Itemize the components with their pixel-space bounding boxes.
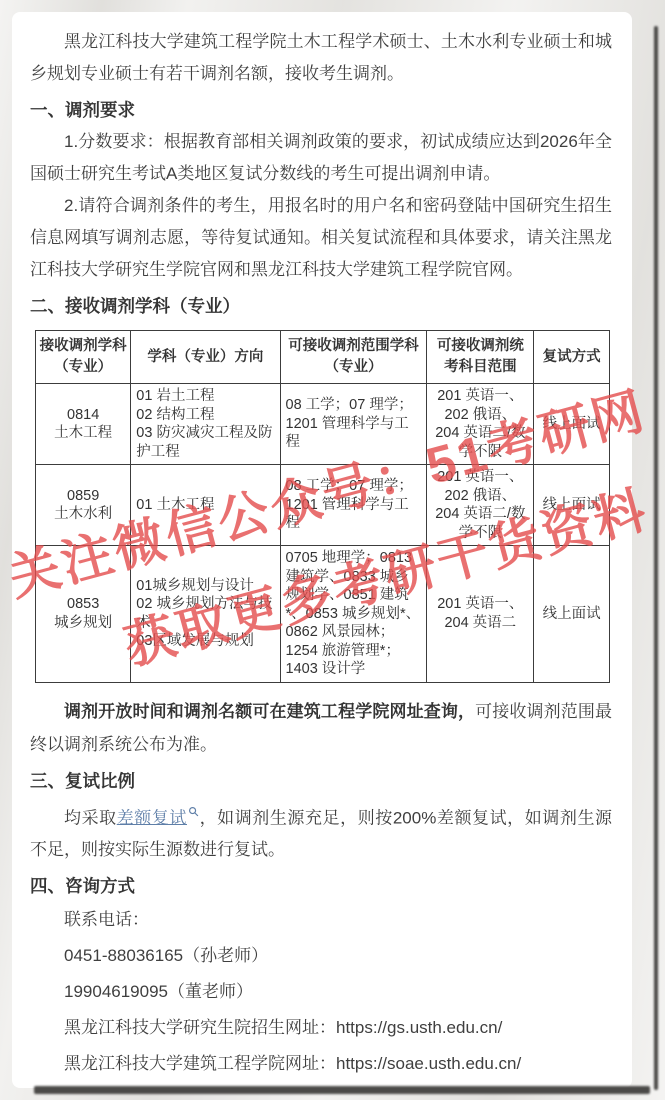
cell-mode: 线上面试 (534, 465, 610, 546)
contact-label: 联系电话： (30, 902, 612, 938)
section4-title: 四、咨询方式 (30, 870, 612, 902)
table-note: 调剂开放时间和调剂名额可在建筑工程学院网址查询，可接收调剂范围最终以调剂系统公布… (30, 695, 612, 761)
page-background: 黑龙江科技大学建筑工程学院土木工程学术硕士、土木水利专业硕士和城乡规划专业硕士有… (0, 0, 665, 1100)
table-note-bold: 调剂开放时间和调剂名额可在建筑工程学院网址查询， (64, 702, 475, 721)
header-mode: 复试方式 (534, 331, 610, 384)
cell-directions: 01 土木工程 (131, 465, 280, 546)
cell-mode: 线上面试 (534, 384, 610, 465)
contact-url-college: 黑龙江科技大学建筑工程学院网址：https://soae.usth.edu.cn… (30, 1046, 612, 1082)
contact-phone-1: 0451-88036165（孙老师） (30, 938, 612, 974)
header-subjects: 可接收调剂统考科目范围 (427, 331, 534, 384)
cell-subjects: 201 英语一、202 俄语、204 英语二/数学不限 (427, 465, 534, 546)
table-header-row: 接收调剂学科（专业） 学科（专业）方向 可接收调剂范围学科（专业） 可接收调剂统… (36, 331, 610, 384)
cell-directions: 01城乡规划与设计 02 城乡规划方法与技术 03区域发展与规划 (131, 546, 280, 683)
section3-paragraph: 均采取差额复试，如调剂生源充足，则按200%差额复试，如调剂生源不足，则按实际生… (30, 797, 612, 867)
page-edge-shadow-right (654, 26, 658, 1090)
adjustment-table-wrapper: 接收调剂学科（专业） 学科（专业）方向 可接收调剂范围学科（专业） 可接收调剂统… (35, 330, 610, 683)
table-row: 0853 城乡规划 01城乡规划与设计 02 城乡规划方法与技术 03区域发展与… (36, 546, 610, 683)
header-major: 接收调剂学科（专业） (36, 331, 131, 384)
search-icon[interactable] (188, 805, 199, 821)
cell-scope: 08 工学；07 理学；1201 管理科学与工程 (280, 384, 427, 465)
cell-mode: 线上面试 (534, 546, 610, 683)
contact-phone-2: 19904619095（董老师） (30, 974, 612, 1010)
table-row: 0814 土木工程 01 岩土工程 02 结构工程 03 防灾减灾工程及防护工程… (36, 384, 610, 465)
section2-title: 二、接收调剂学科（专业） (30, 290, 612, 322)
contact-url-graduate-school: 黑龙江科技大学研究生院招生网址：https://gs.usth.edu.cn/ (30, 1010, 612, 1046)
section1-title: 一、调剂要求 (30, 94, 612, 126)
cell-directions: 01 岩土工程 02 结构工程 03 防灾减灾工程及防护工程 (131, 384, 280, 465)
entity-link[interactable]: 差额复试 (117, 808, 187, 827)
intro-paragraph: 黑龙江科技大学建筑工程学院土木工程学术硕士、土木水利专业硕士和城乡规划专业硕士有… (30, 26, 612, 90)
article-page: 黑龙江科技大学建筑工程学院土木工程学术硕士、土木水利专业硕士和城乡规划专业硕士有… (12, 12, 632, 1088)
section1-paragraph-1: 1.分数要求：根据教育部相关调剂政策的要求，初试成绩应达到2026年全国硕士研究… (30, 126, 612, 190)
cell-scope: 08 工学；07 理学；1201 管理科学与工程 (280, 465, 427, 546)
adjustment-table: 接收调剂学科（专业） 学科（专业）方向 可接收调剂范围学科（专业） 可接收调剂统… (35, 330, 610, 683)
cell-major: 0814 土木工程 (36, 384, 131, 465)
table-row: 0859 土木水利 01 土木工程 08 工学；07 理学；1201 管理科学与… (36, 465, 610, 546)
header-direction: 学科（专业）方向 (131, 331, 280, 384)
section1-paragraph-2: 2.请符合调剂条件的考生，用报名时的用户名和密码登陆中国研究生招生信息网填写调剂… (30, 190, 612, 286)
cell-major: 0859 土木水利 (36, 465, 131, 546)
cell-major: 0853 城乡规划 (36, 546, 131, 683)
cell-scope: 0705 地理学；0813 建筑学、0833 城乡规划学、0851 建筑*、08… (280, 546, 427, 683)
header-scope: 可接收调剂范围学科（专业） (280, 331, 427, 384)
page-edge-shadow-bottom (34, 1086, 650, 1094)
section3-title: 三、复试比例 (30, 765, 612, 797)
cell-subjects: 201 英语一、204 英语二 (427, 546, 534, 683)
cell-subjects: 201 英语一、202 俄语、204 英语二/数学不限 (427, 384, 534, 465)
